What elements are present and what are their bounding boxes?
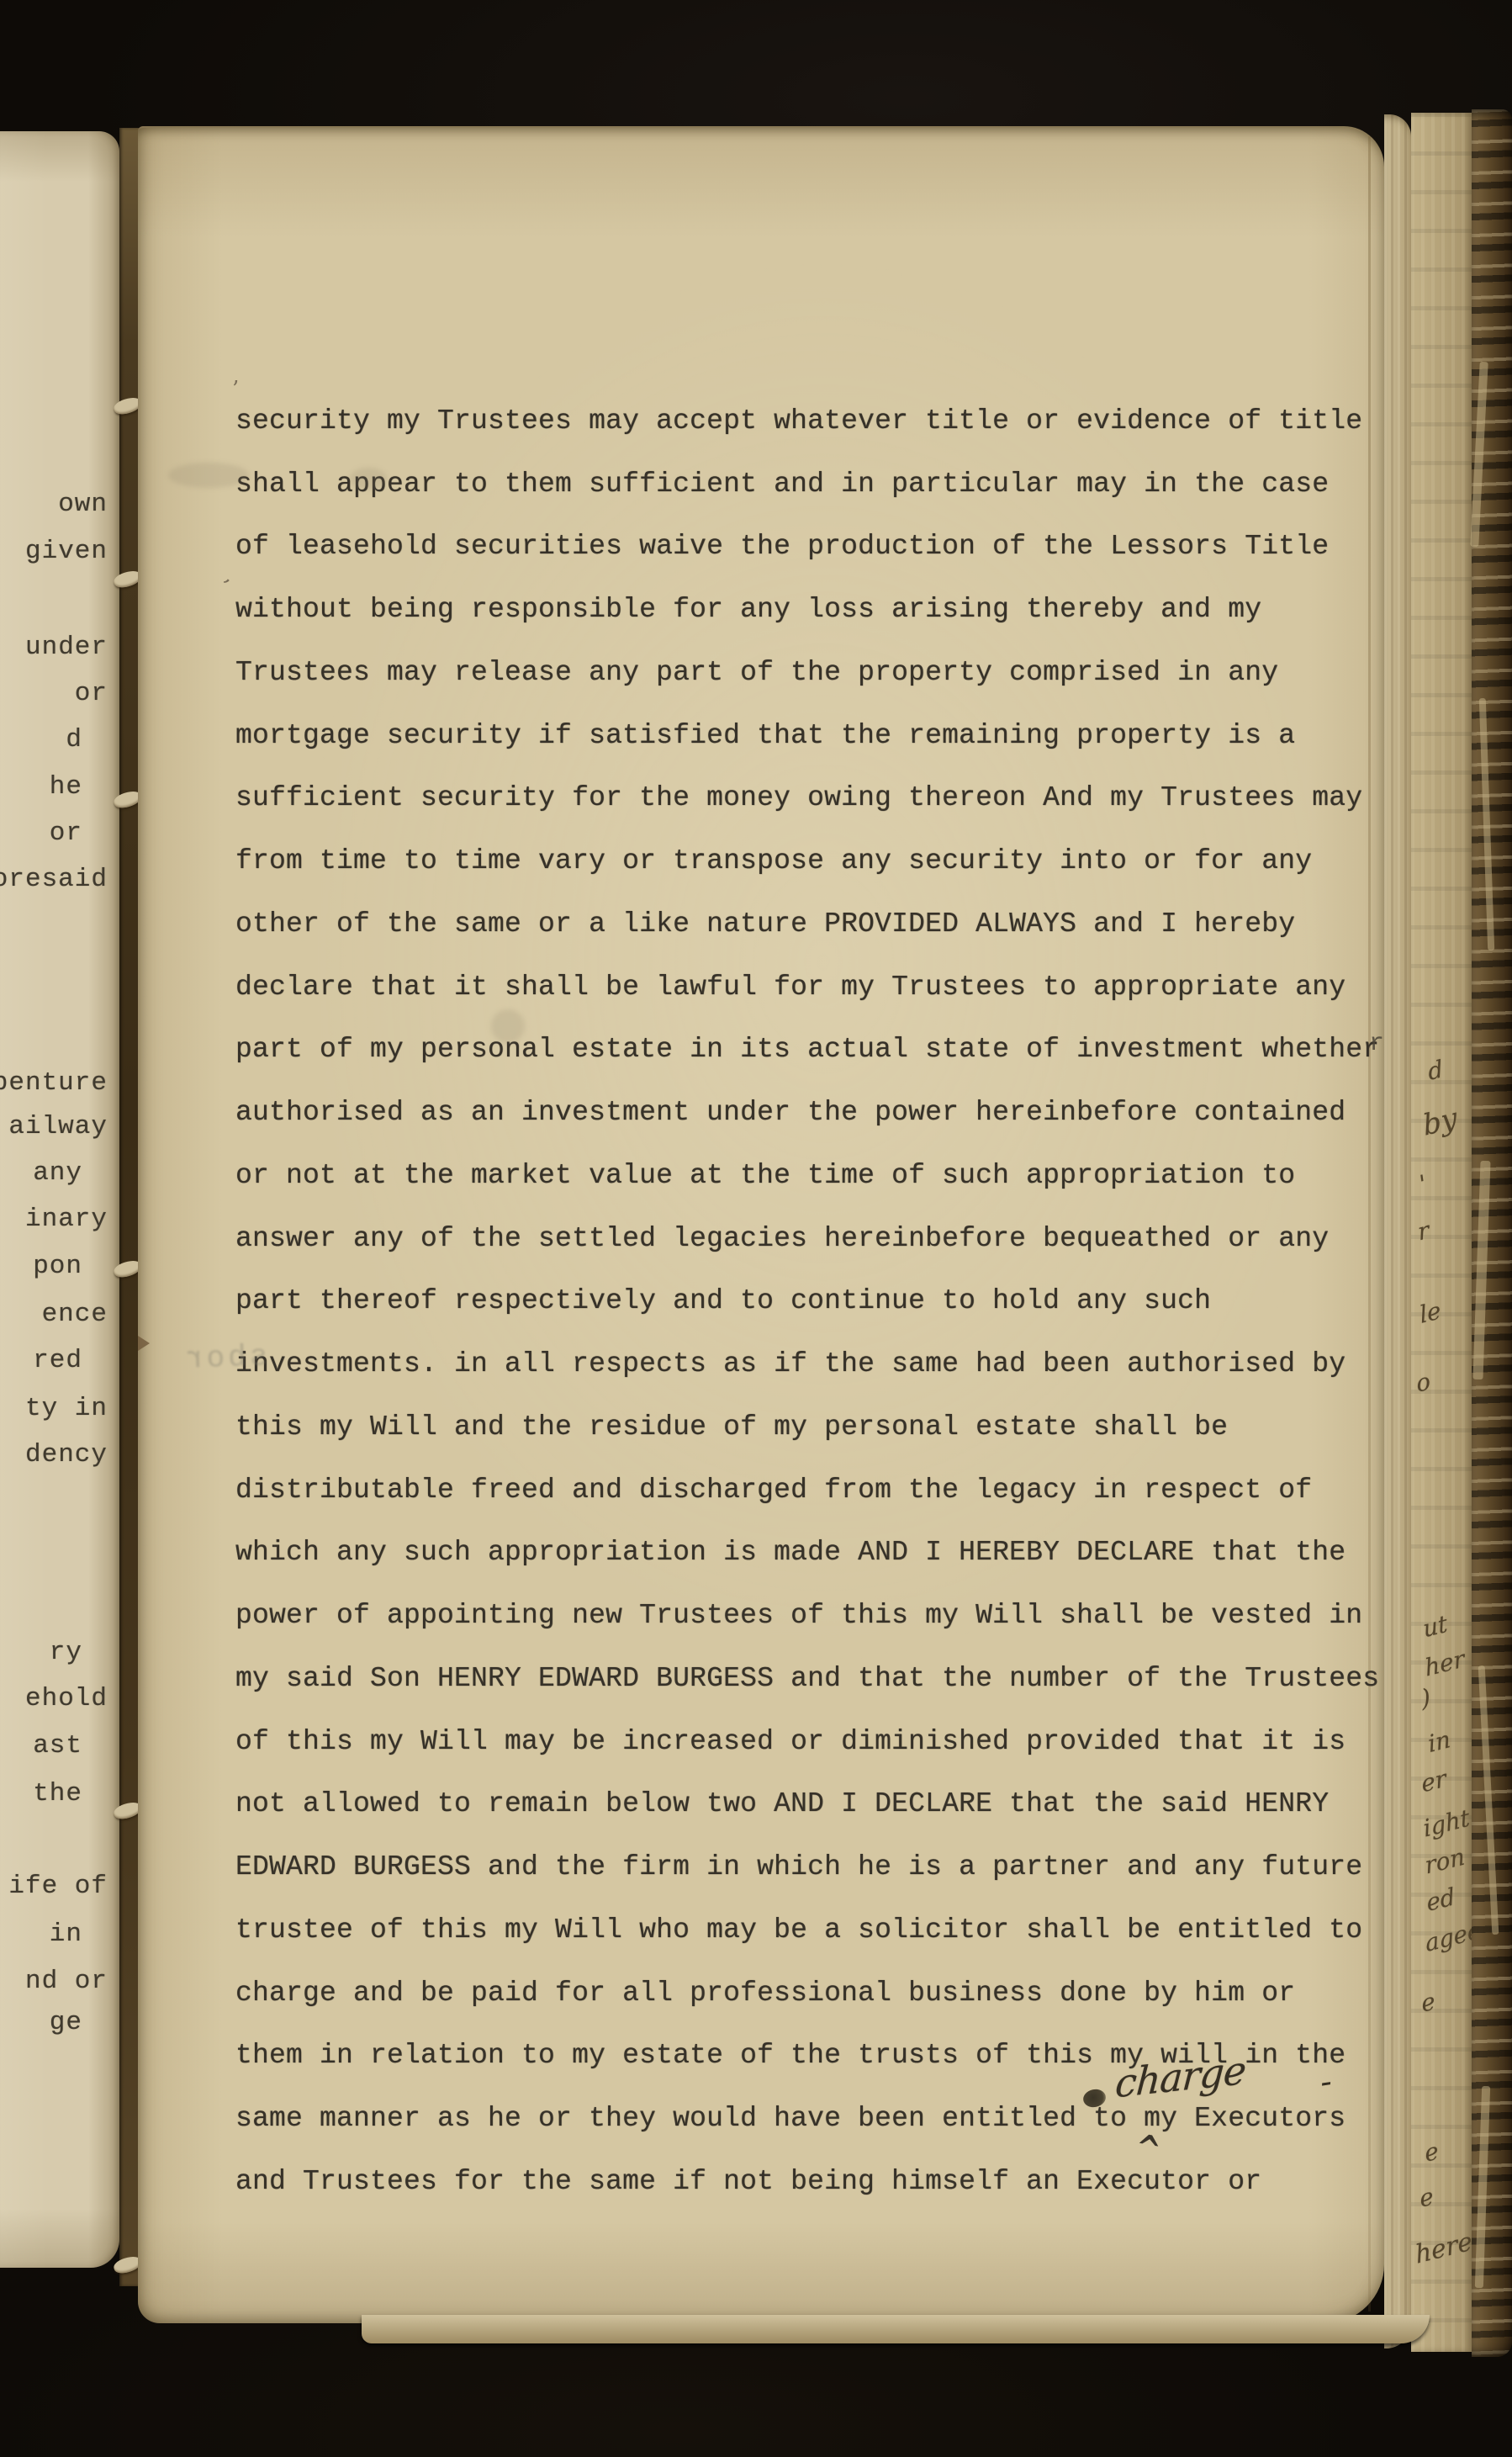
- left-page-fragment: or: [50, 819, 82, 848]
- typed-line: trustee of this my Will who may be a sol…: [235, 1914, 1362, 1947]
- left-page-fragment: ailway: [8, 1113, 108, 1141]
- edge-script-fragment: in: [1426, 1725, 1452, 1758]
- page-edge-shard: [1479, 698, 1494, 950]
- edge-script-fragment: ut: [1421, 1610, 1449, 1644]
- typed-line: shall appear to them sufficient and in p…: [235, 468, 1329, 501]
- scanned-document: own given under or d he or oresaid bentu…: [0, 0, 1512, 2457]
- typed-line: charge and be paid for all professional …: [235, 1977, 1295, 2010]
- edge-script-fragment: ': [1418, 1169, 1428, 1199]
- edge-script-fragment: ): [1419, 1683, 1432, 1713]
- edge-script-fragment: d: [1426, 1055, 1445, 1086]
- typed-line: mortgage security if satisfied that the …: [235, 719, 1295, 753]
- offset-ink-ghost: sbor: [181, 1339, 268, 1377]
- left-page-fragment: given: [25, 537, 108, 566]
- underlying-page-strip: own given under or d he or oresaid bentu…: [0, 131, 119, 2268]
- page-edge-shard: [1478, 1665, 1499, 1935]
- typed-line: Trustees may release any part of the pro…: [235, 656, 1278, 690]
- left-page-fragment: ehold: [25, 1685, 108, 1713]
- edge-script-fragment: ed: [1425, 1882, 1456, 1917]
- typed-line: sufficient security for the money owing …: [235, 781, 1362, 815]
- left-page-fragment: ast: [33, 1732, 82, 1761]
- typed-line: authorised as an investment under the po…: [235, 1096, 1345, 1130]
- typed-line: my said Son HENRY EDWARD BURGESS and tha…: [235, 1662, 1379, 1696]
- edge-script-fragment: by: [1421, 1101, 1459, 1143]
- page-edge-shard: [1470, 362, 1488, 547]
- left-page-fragment: any: [33, 1159, 82, 1188]
- left-page-fragment: red: [33, 1347, 82, 1375]
- typed-line: and Trustees for the same if not being h…: [235, 2165, 1261, 2199]
- fore-edge-script-band: d by ' r le o ut her ) in er ight ron ed…: [1411, 113, 1472, 2352]
- edge-script-fragment: e: [1423, 2137, 1441, 2168]
- paper-smudge: [491, 1009, 525, 1043]
- pen-tick: ’: [232, 377, 239, 402]
- bottom-page-edge: [362, 2315, 1430, 2343]
- typed-line: investments. in all respects as if the s…: [235, 1348, 1345, 1381]
- fore-edge-rough-stack: [1472, 109, 1512, 2357]
- typed-line: which any such appropriation is made AND…: [235, 1536, 1345, 1570]
- edge-script-fragment: ight: [1422, 1803, 1472, 1842]
- typed-line: EDWARD BURGESS and the firm in which he …: [235, 1851, 1362, 1884]
- page-edge-shard: [1475, 2086, 1490, 2288]
- edge-script-fragment: er: [1419, 1764, 1448, 1798]
- left-page-fragment: ry: [50, 1639, 82, 1667]
- stray-typed-mark: r: [1369, 1030, 1384, 1058]
- typed-line: declare that it shall be lawful for my T…: [235, 971, 1345, 1004]
- main-page: security my Trustees may accept whatever…: [138, 126, 1384, 2323]
- left-page-fragment: benture: [0, 1069, 108, 1098]
- edge-script-fragment: o: [1414, 1367, 1432, 1398]
- typed-line: other of the same or a like nature PROVI…: [235, 908, 1295, 941]
- left-page-fragment: he: [50, 773, 82, 802]
- page-edge-line: [1368, 136, 1371, 2311]
- typed-line: not allowed to remain below two AND I DE…: [235, 1787, 1329, 1821]
- left-page-fragment: pon: [33, 1252, 82, 1281]
- page-edge-shard: [1472, 1161, 1490, 1379]
- typed-line: security my Trustees may accept whatever…: [235, 405, 1362, 438]
- typed-line: without being responsible for any loss a…: [235, 593, 1261, 627]
- typed-line: this my Will and the residue of my perso…: [235, 1411, 1228, 1444]
- left-page-fragment: the: [33, 1780, 82, 1808]
- typed-line: from time to time vary or transpose any …: [235, 845, 1312, 878]
- edge-script-fragment: e: [1418, 2182, 1435, 2213]
- edge-script-fragment: le: [1418, 1296, 1442, 1329]
- typed-line: distributable freed and discharged from …: [235, 1474, 1312, 1507]
- typed-line: part thereof respectively and to continu…: [235, 1284, 1211, 1318]
- typed-line: of leasehold securities waive the produc…: [235, 530, 1329, 564]
- left-page-fragment: under: [25, 633, 108, 662]
- left-page-fragment: or: [75, 680, 108, 708]
- edge-script-fragment: ron: [1423, 1842, 1466, 1880]
- typed-line: or not at the market value at the time o…: [235, 1159, 1295, 1193]
- left-page-fragment: dency: [25, 1441, 108, 1469]
- binding-gutter: [119, 128, 139, 2286]
- left-page-fragment: own: [58, 490, 108, 519]
- pen-tick: ’: [211, 575, 233, 598]
- fore-edge-smooth-band: [1384, 114, 1411, 2348]
- paper-nick: [138, 1336, 150, 1351]
- edge-script-fragment: e: [1419, 1987, 1437, 2018]
- left-page-fragment: inary: [25, 1205, 108, 1234]
- paper-smudge: [168, 463, 249, 488]
- paper-smudge: [350, 468, 387, 490]
- left-page-fragment: in: [50, 1920, 82, 1949]
- typed-line: of this my Will may be increased or dimi…: [235, 1725, 1345, 1759]
- left-page-fragment: ge: [50, 2009, 82, 2037]
- left-page-fragment: nd or: [25, 1967, 108, 1996]
- edge-script-fragment: her: [1423, 1644, 1466, 1681]
- typed-line: power of appointing new Trustees of this…: [235, 1599, 1362, 1633]
- typed-line: same manner as he or they would have bee…: [235, 2102, 1345, 2136]
- left-page-fragment: ty in: [25, 1395, 108, 1423]
- left-page-fragment: ife of: [8, 1872, 108, 1901]
- typed-line: answer any of the settled legacies herei…: [235, 1222, 1329, 1256]
- left-page-fragment: oresaid: [0, 866, 108, 894]
- left-page-fragment: ence: [42, 1300, 108, 1329]
- typed-line: part of my personal estate in its actual…: [235, 1033, 1379, 1067]
- edge-script-fragment: r: [1416, 1215, 1431, 1246]
- left-page-fragment: d: [66, 726, 82, 755]
